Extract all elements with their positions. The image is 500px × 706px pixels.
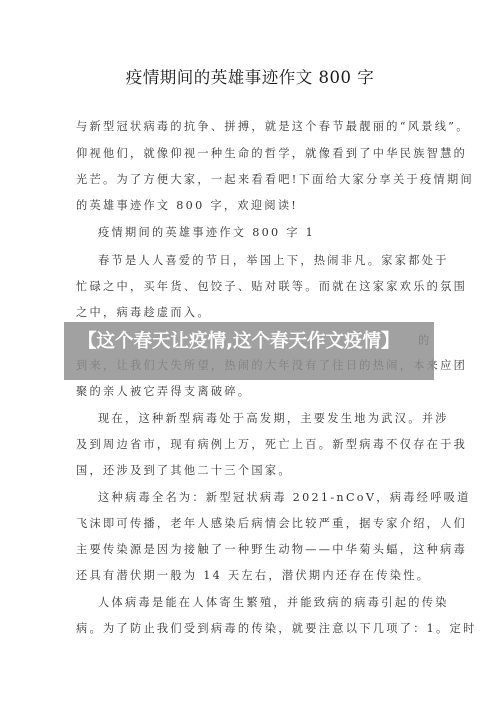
paragraph-line: 之中，病毒趁虚而入。 — [76, 306, 436, 320]
paragraph-line: 病。为了防止我们受到病毒的传染，就要注意以下几项了：1。定时 — [76, 622, 436, 636]
document-page: 疫情期间的英雄事迹作文 800 字 与新型冠状病毒的抗争、拼搏，就是这个春节最靓… — [0, 0, 500, 706]
paragraph-line: 的英雄事迹作文 800 字，欢迎阅读! — [76, 199, 436, 213]
paragraph-line: 光芒。为了方便大家，一起来看看吧!下面给大家分享关于疫情期间 — [76, 173, 436, 187]
paragraph-line: 人体病毒是能在人体寄生繁殖，并能致病的病毒引起的传染 — [98, 596, 458, 610]
paragraph-line: 忙碌之中，买年货、包饺子、贴对联等。而就在这家家欢乐的氛围 — [76, 280, 436, 294]
overlay-title: 【这个春天让疫情,这个春天作文疫情】 — [78, 330, 438, 354]
paragraph-line: 主要传染源是因为接触了一种野生动物——中华菊头蝠，这种病毒 — [76, 543, 436, 557]
paragraph-line: 现在，这种新型病毒处于高发期，主要发生地为武汉。并涉 — [98, 412, 458, 426]
section-heading: 疫情期间的英雄事迹作文 800 字 1 — [98, 226, 458, 240]
paragraph-line: 国，还涉及到了其他二十三个国家。 — [76, 464, 436, 478]
paragraph-line: 飞沫即可传播，老年人感染后病情会比较严重，据专家介绍，人们 — [76, 517, 436, 531]
paragraph-line: 这种病毒全名为：新型冠状病毒 2021-nCoV，病毒经呼吸道 — [98, 491, 458, 505]
document-title: 疫情期间的英雄事迹作文 800 字 — [0, 64, 500, 88]
paragraph-line: 及到周边省市，现有病例上万，死亡上百。新型病毒不仅存在于我 — [76, 438, 436, 452]
paragraph-line: 聚的亲人被它弄得支离破碎。 — [76, 385, 436, 399]
paragraph-line: 仰视他们，就像仰视一种生命的哲学，就像看到了中华民族智慧的 — [76, 147, 436, 161]
paragraph-line: 还具有潜伏期一般为 14 天左右，潜伏期内还存在传染性。 — [76, 569, 436, 583]
paragraph-line: 春节是人人喜爱的节日，举国上下，热闹非凡。家家都处于 — [98, 254, 458, 268]
paragraph-line: 与新型冠状病毒的抗争、拼搏，就是这个春节最靓丽的“风景线”。 — [76, 120, 436, 134]
